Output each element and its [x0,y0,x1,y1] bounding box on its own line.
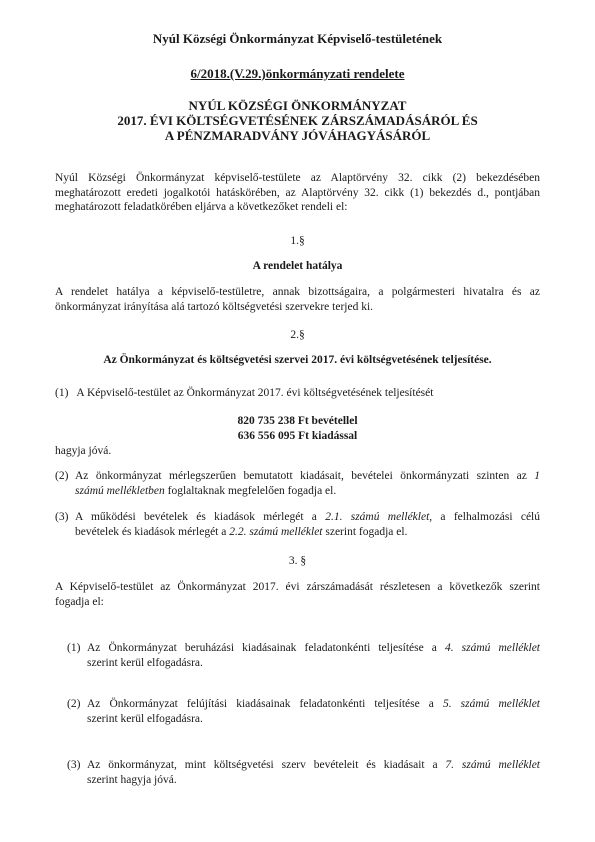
annex-ref: 7. számú melléklet [445,759,540,771]
preamble: Nyúl Községi Önkormányzat képviselő-test… [55,171,540,215]
income-amount: 820 735 238 Ft bevétellel [0,414,595,429]
annex-ref: 2.2. számú melléklet [229,526,322,538]
preamble-line: Nyúl Községi Önkormányzat képviselő-test… [55,171,540,186]
item-text: Az Önkormányzat beruházási kiadásainak f… [87,642,445,654]
para-text: A működési bevételek és kiadások mérlegé… [75,511,325,523]
section-2-heading: Az Önkormányzat és költségvetési szervei… [0,353,595,368]
preamble-line: meghatározott feladatkörében eljárva a k… [55,200,540,215]
section-3-item-1: (1) Az Önkormányzat beruházási kiadásain… [67,641,540,670]
decree-number-text: 6/2018.(V.29.)önkormányzati rendelete [191,66,405,81]
title-line: 2017. ÉVI KÖLTSÉGVETÉSÉNEK ZÁRSZÁMADÁSÁR… [0,113,595,128]
section-2-para-1: (1) A Képviselő-testület az Önkormányzat… [55,386,433,401]
section-2-para-3: (3) A működési bevételek és kiadások mér… [55,510,540,539]
expense-amount: 636 556 095 Ft kiadással [0,429,595,444]
document-title: NYÚL KÖZSÉGI ÖNKORMÁNYZAT 2017. ÉVI KÖLT… [0,98,595,143]
para-number: (2) [55,469,75,498]
para-text: Az önkormányzat mérlegszerűen bemutatott… [75,470,527,482]
annex-ref: 4. számú melléklet [445,642,540,654]
section-1-heading: A rendelet hatálya [0,259,595,274]
para-text: , a felhalmozási célú [429,511,540,523]
para-number: (3) [55,510,75,539]
annex-ref: 2.1. számú melléklet [325,511,429,523]
item-number: (1) [67,641,87,670]
item-number: (3) [67,758,87,787]
item-text: Az Önkormányzat felújítási kiadásainak f… [87,698,443,710]
para-text: bevételek és kiadások mérlegét a [75,526,229,538]
section-1-body: A rendelet hatálya a képviselő-testületr… [55,285,540,314]
para-text: foglaltaknak megfelelően fogadja el. [165,485,336,497]
para-text: A Képviselő-testület az Önkormányzat 201… [76,387,433,399]
para-number: (1) [55,387,68,399]
section-3-item-3: (3) Az önkormányzat, mint költségvetési … [67,758,540,787]
section-3-intro: A Képviselő-testület az Önkormányzat 201… [55,580,540,609]
title-line: A PÉNZMARADVÁNY JÓVÁHAGYÁSÁRÓL [0,128,595,143]
council-name: Nyúl Községi Önkormányzat Képviselő-test… [0,31,595,47]
preamble-line: meghatározott eredeti jogalkotói hatáskö… [55,186,540,201]
item-text: szerint hagyja jóvá. [87,773,540,788]
annex-ref: 5. számú melléklet [443,698,540,710]
annex-ref: 1 [534,470,540,482]
annex-ref: számú mellékletben [75,485,165,497]
section-2-para-2: (2) Az önkormányzat mérlegszerűen bemuta… [55,469,540,498]
section-1-line: önkormányzat irányítása alá tartozó költ… [55,300,540,315]
item-text: szerint kerül elfogadásra. [87,656,540,671]
section-1-line: A rendelet hatálya a képviselő-testületr… [55,285,540,300]
item-text: Az önkormányzat, mint költségvetési szer… [87,759,445,771]
item-text: szerint kerül elfogadásra. [87,712,540,727]
section-1-number: 1.§ [0,234,595,249]
decree-number: 6/2018.(V.29.)önkormányzati rendelete [0,66,595,82]
section-3-number: 3. § [0,554,595,569]
approval-text: hagyja jóvá. [55,444,111,459]
section-3-line: A Képviselő-testület az Önkormányzat 201… [55,580,540,595]
section-2-number: 2.§ [0,328,595,343]
section-3-item-2: (2) Az Önkormányzat felújítási kiadásain… [67,697,540,726]
title-line: NYÚL KÖZSÉGI ÖNKORMÁNYZAT [0,98,595,113]
item-number: (2) [67,697,87,726]
para-text: szerint fogadja el. [323,526,408,538]
section-3-line: fogadja el: [55,595,540,610]
